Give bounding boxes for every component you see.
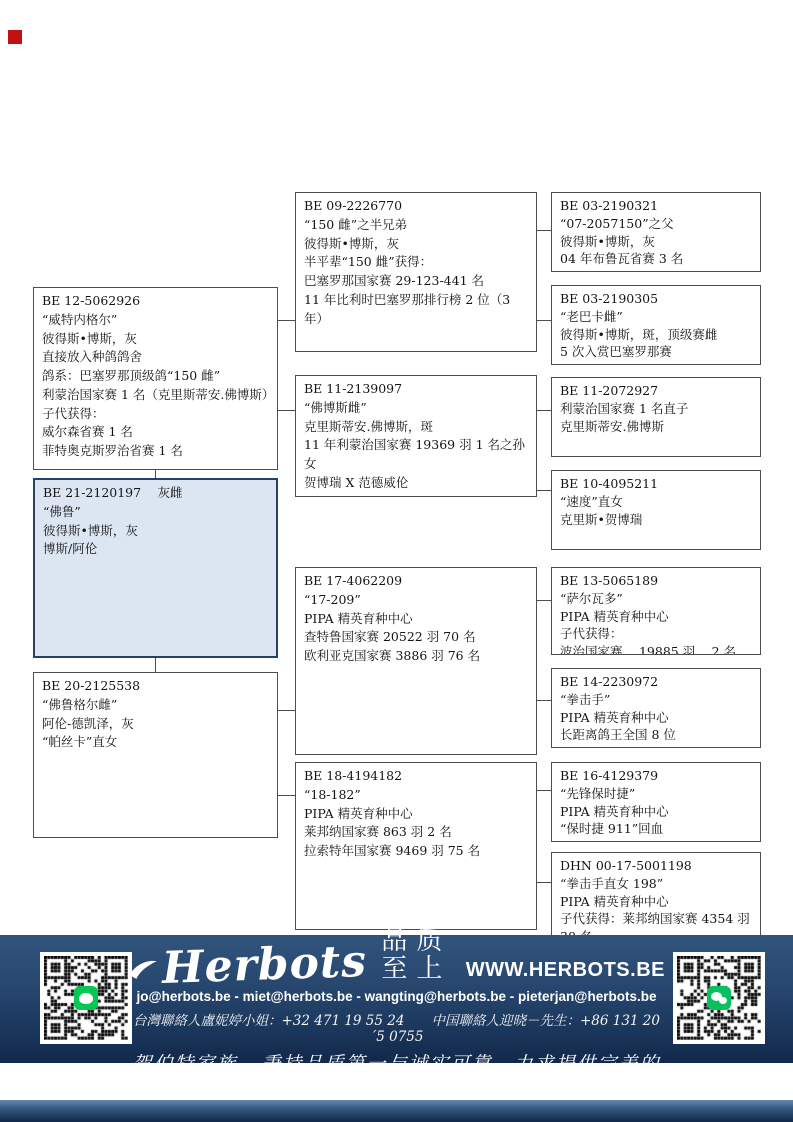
pedigree-line: 11 年利蒙治国家赛 19369 羽 1 名之孙女 xyxy=(304,436,528,474)
pedigree-box-ggp-3: BE 11-2072927利蒙治国家赛 1 名直子克里斯蒂安.佛博斯 xyxy=(551,377,761,457)
connector-line xyxy=(537,700,551,701)
pedigree-box-ggp-6: BE 14-2230972“拳击手”PIPA 精英育种中心长距离鸽王全国 8 位 xyxy=(551,668,761,748)
pedigree-line: 04 年布鲁瓦省赛 3 名 xyxy=(560,250,752,268)
pedigree-box-grandsire-maternal: BE 17-4062209“17-209”PIPA 精英育种中心查特鲁国家赛 2… xyxy=(295,567,537,755)
footer-website[interactable]: WWW.HERBOTS.BE xyxy=(466,959,665,988)
pedigree-line: 子代获得： xyxy=(42,405,269,424)
connector-line xyxy=(537,882,551,883)
pedigree-box-granddam-maternal: BE 18-4194182“18-182”PIPA 精英育种中心莱邦纳国家赛 8… xyxy=(295,762,537,930)
pedigree-line: 利蒙治国家赛 1 名（克里斯蒂安.佛博斯） xyxy=(42,386,269,405)
connector-line xyxy=(278,710,295,711)
pedigree-line: 11 年比利时巴塞罗那排行榜 2 位（3 年） xyxy=(304,291,528,329)
pedigree-line: PIPA 精英育种中心 xyxy=(560,608,752,626)
pedigree-box-sire: BE 12-5062926“威特内格尔”彼得斯•博斯，灰直接放入种鸽鸽舍鸽系：巴… xyxy=(33,287,278,470)
pedigree-line: 威尔森省赛 1 名 xyxy=(42,423,269,442)
pedigree-line: 直接放入种鸽鸽舍 xyxy=(42,348,269,367)
pedigree-line: PIPA 精英育种中心 xyxy=(304,610,528,629)
pedigree-line: 阿伦-德凯泽，灰 xyxy=(42,715,269,734)
pedigree-line: “先锋保时捷” xyxy=(560,785,752,803)
pedigree-line: PIPA 精英育种中心 xyxy=(304,805,528,824)
pedigree-line: 贺博瑞 X 范德威伦 xyxy=(304,474,528,493)
pedigree-line: DHN 00-17-5001198 xyxy=(560,857,752,875)
pedigree-line: BE 14-2230972 xyxy=(560,673,752,691)
pedigree-line: “07-2057150”之父 xyxy=(560,215,752,233)
pedigree-line: BE 12-5062926 xyxy=(42,292,269,311)
pedigree-line: BE 13-5065189 xyxy=(560,572,752,590)
connector-line xyxy=(155,658,156,672)
pedigree-line: PIPA 精英育种中心 xyxy=(560,893,752,911)
pedigree-line: “17-209” xyxy=(304,591,528,610)
footer-banner: Herbots 品质至上 WWW.HERBOTS.BE jo@herbots.b… xyxy=(0,935,793,1063)
wechat-qr-code xyxy=(673,952,765,1044)
pedigree-line: 利蒙治国家赛 1 名直子 xyxy=(560,400,752,418)
pedigree-line: “18-182” xyxy=(304,786,528,805)
connector-line xyxy=(537,600,551,601)
pedigree-box-granddam-paternal: BE 11-2139097“佛博斯雌”克里斯蒂安.佛博斯，斑11 年利蒙治国家赛… xyxy=(295,375,537,497)
line-qr-code xyxy=(40,952,132,1044)
pedigree-line: 克里斯•贺博瑞 xyxy=(560,511,752,529)
pedigree-line: 彼得斯•博斯，斑，顶级赛雌 xyxy=(560,326,752,344)
pedigree-line: “佛鲁” xyxy=(43,503,268,522)
pedigree-line: “保时捷 911”回血 xyxy=(560,820,752,838)
footer-logo-row: Herbots 品质至上 WWW.HERBOTS.BE xyxy=(128,938,665,988)
pedigree-line: “萨尔瓦多” xyxy=(560,590,752,608)
pedigree-line: 子代获得： xyxy=(560,625,752,643)
pedigree-line: “拳击手直女 198” xyxy=(560,875,752,893)
pedigree-line: “拳击手” xyxy=(560,691,752,709)
pedigree-line: BE 09-2226770 xyxy=(304,197,528,216)
connector-line xyxy=(278,410,295,411)
pedigree-line: 巴塞罗那国家赛 29-123-441 名 xyxy=(304,272,528,291)
pedigree-line: 克里斯蒂安.佛博斯 xyxy=(560,418,752,436)
connector-line xyxy=(537,230,551,231)
pedigree-line: 5 次入赏巴塞罗那赛 xyxy=(560,343,752,361)
pedigree-line: 鸽系：巴塞罗那顶级鸽“150 雌” xyxy=(42,367,269,386)
pedigree-line: BE 10-4095211 xyxy=(560,475,752,493)
pedigree-line: 菲特奥克斯罗治省赛 1 名 xyxy=(42,442,269,461)
pedigree-box-ggp-8: DHN 00-17-5001198“拳击手直女 198”PIPA 精英育种中心子… xyxy=(551,852,761,936)
pedigree-line: 彼得斯•博斯，灰 xyxy=(304,235,528,254)
pedigree-line: 克里斯蒂安.佛博斯，斑 xyxy=(304,418,528,437)
pedigree-line: BE 21-2120197 灰雌 xyxy=(43,484,268,503)
pedigree-line: “150 雌”之半兄弟 xyxy=(304,216,528,235)
connector-line xyxy=(537,790,551,791)
pedigree-line: 彼得斯•博斯，灰 xyxy=(42,330,269,349)
herbots-logo: Herbots xyxy=(127,940,367,992)
pedigree-line: 欧利亚克国家赛 3886 羽 76 名 xyxy=(304,647,528,666)
pedigree-line: 波治国家赛 19885 羽 2 名 xyxy=(560,643,752,655)
pedigree-line: 半平辈“150 雌”获得： xyxy=(304,253,528,272)
pedigree-box-ggp-7: BE 16-4129379“先锋保时捷”PIPA 精英育种中心“保时捷 911”… xyxy=(551,762,761,842)
footer-slogan: 品质至上 xyxy=(379,927,454,988)
pedigree-line: PIPA 精英育种中心 xyxy=(560,803,752,821)
pedigree-box-dam: BE 20-2125538“佛鲁格尔雌”阿伦-德凯泽，灰“帕丝卡”直女 xyxy=(33,672,278,838)
pedigree-box-ggp-2: BE 03-2190305“老巴卡雌”彼得斯•博斯，斑，顶级赛雌5 次入赏巴塞罗… xyxy=(551,285,761,365)
footer-contacts: 台灣聯絡人盧妮婷小姐：+32 471 19 55 24 中国聯絡人迎晓－先生：+… xyxy=(128,1009,665,1045)
footer-center: Herbots 品质至上 WWW.HERBOTS.BE jo@herbots.b… xyxy=(128,938,665,1103)
pedigree-line: 长距离鸽王全国 8 位 xyxy=(560,726,752,744)
pedigree-line: “速度”直女 xyxy=(560,493,752,511)
pedigree-line: 查特鲁国家赛 20522 羽 70 名 xyxy=(304,628,528,647)
pedigree-line: PIPA 精英育种中心 xyxy=(560,709,752,727)
pedigree-line: BE 18-4194182 xyxy=(304,767,528,786)
pedigree-box-ggp-4: BE 10-4095211“速度”直女克里斯•贺博瑞 xyxy=(551,470,761,550)
connector-line xyxy=(278,320,295,321)
red-corner-mark xyxy=(8,30,22,44)
pedigree-line: 彼得斯•博斯，灰 xyxy=(560,233,752,251)
pedigree-box-ggp-5: BE 13-5065189“萨尔瓦多”PIPA 精英育种中心子代获得：波治国家赛… xyxy=(551,567,761,655)
bottom-bar xyxy=(0,1100,793,1122)
pedigree-line: 拉索特年国家赛 9469 羽 75 名 xyxy=(304,842,528,861)
pedigree-line: 彼得斯•博斯，灰 xyxy=(43,522,268,541)
feather-icon xyxy=(128,957,159,982)
connector-line xyxy=(537,490,551,491)
pedigree-box-grandsire-paternal: BE 09-2226770“150 雌”之半兄弟彼得斯•博斯，灰半平辈“150 … xyxy=(295,192,537,352)
pedigree-line: “帕丝卡”直女 xyxy=(42,733,269,752)
pedigree-line: “威特内格尔” xyxy=(42,311,269,330)
pedigree-box-ggp-1: BE 03-2190321“07-2057150”之父彼得斯•博斯，灰04 年布… xyxy=(551,192,761,272)
pedigree-line: 子代获得：莱邦纳国家赛 4354 羽 38 名 xyxy=(560,910,752,936)
pedigree-line: 莱邦纳国家赛 863 羽 2 名 xyxy=(304,823,528,842)
pedigree-line: BE 03-2190305 xyxy=(560,290,752,308)
pedigree-line: BE 16-4129379 xyxy=(560,767,752,785)
pedigree-line: BE 17-4062209 xyxy=(304,572,528,591)
line-icon xyxy=(74,986,98,1010)
connector-line xyxy=(155,470,156,478)
pedigree-line: BE 11-2139097 xyxy=(304,380,528,399)
pedigree-line: “老巴卡雌” xyxy=(560,308,752,326)
connector-line xyxy=(537,320,551,321)
pedigree-line: BE 11-2072927 xyxy=(560,382,752,400)
wechat-icon xyxy=(707,986,731,1010)
pedigree-page: BE 12-5062926“威特内格尔”彼得斯•博斯，灰直接放入种鸽鸽舍鸽系：巴… xyxy=(0,0,793,1122)
pedigree-line: 博斯/阿伦 xyxy=(43,540,268,559)
connector-line xyxy=(537,410,551,411)
pedigree-line: “佛博斯雌” xyxy=(304,399,528,418)
footer-tagline: 贺伯特家族...秉持品质第一与诚实可靠，力求提供完美的服务！ xyxy=(128,1049,665,1103)
herbots-logo-text: Herbots xyxy=(161,940,367,991)
pedigree-line: “佛鲁格尔雌” xyxy=(42,696,269,715)
connector-line xyxy=(278,795,295,796)
pedigree-box-subject: BE 21-2120197 灰雌“佛鲁”彼得斯•博斯，灰博斯/阿伦 xyxy=(33,478,278,658)
pedigree-line: BE 03-2190321 xyxy=(560,197,752,215)
pedigree-line: BE 20-2125538 xyxy=(42,677,269,696)
